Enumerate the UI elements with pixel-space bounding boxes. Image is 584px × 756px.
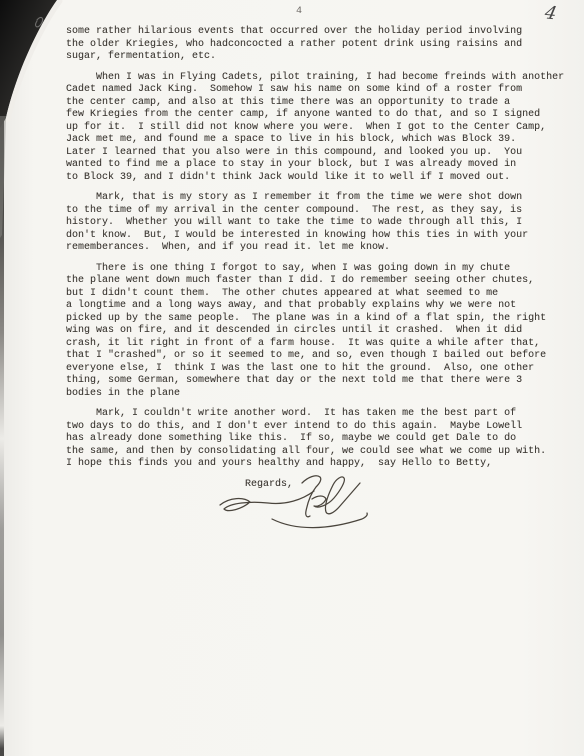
typed-page-number: 4 <box>296 6 302 17</box>
handwritten-page-number: 4 <box>543 3 559 25</box>
handwritten-signature-ted <box>216 473 381 535</box>
scanned-letter-page: 4 4 some rather hilarious events that oc… <box>0 0 584 756</box>
paragraph-1: some rather hilarious events that occurr… <box>66 26 568 64</box>
paragraph-2: When I was in Flying Cadets, pilot train… <box>66 72 568 185</box>
paragraph-4: There is one thing I forgot to say, when… <box>66 263 568 401</box>
letter-body: some rather hilarious events that occurr… <box>66 26 568 549</box>
paragraph-3: Mark, that is my story as I remember it … <box>66 192 568 255</box>
paragraph-5: Mark, I couldn't write another word. It … <box>66 408 568 471</box>
closing-block: Regards, <box>66 479 568 549</box>
